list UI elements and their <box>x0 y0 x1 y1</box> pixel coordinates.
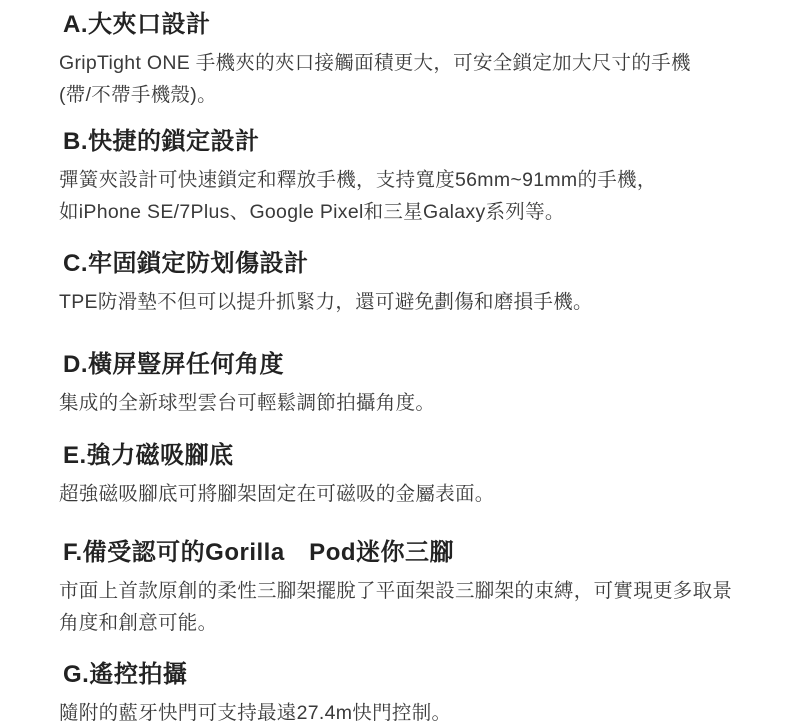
feature-section-f: F.備受認可的Gorilla Pod迷你三腳 市面上首款原創的柔性三腳架擺脫了平… <box>59 539 756 639</box>
feature-body-line: 市面上首款原創的柔性三腳架擺脫了平面架設三腳架的束縛，可實現更多取景 <box>59 580 732 602</box>
feature-body: TPE防滑墊不但可以提升抓緊力，還可避免劃傷和磨損手機。 <box>59 286 749 318</box>
feature-section-e: E.強力磁吸腳底 超強磁吸腳底可將腳架固定在可磁吸的金屬表面。 <box>59 442 756 510</box>
feature-heading: B.快捷的鎖定設計 <box>63 128 756 156</box>
feature-body: 市面上首款原創的柔性三腳架擺脫了平面架設三腳架的束縛，可實現更多取景角度和創意可… <box>59 575 749 639</box>
feature-body-line: 超強磁吸腳底可將腳架固定在可磁吸的金屬表面。 <box>59 483 495 505</box>
feature-body-line: (帶/不帶手機殼)。 <box>59 84 217 106</box>
feature-section-a: A.大夾口設計 GripTight ONE 手機夾的夾口接觸面積更大，可安全鎖定… <box>59 11 756 111</box>
feature-body-line: 集成的全新球型雲台可輕鬆調節拍攝角度。 <box>59 392 435 414</box>
feature-section-d: D.橫屏豎屏任何角度 集成的全新球型雲台可輕鬆調節拍攝角度。 <box>59 351 756 419</box>
feature-section-g: G.遙控拍攝 隨附的藍牙快門可支持最遠27.4m快門控制。 <box>59 661 756 723</box>
feature-heading: G.遙控拍攝 <box>63 661 756 689</box>
feature-body: 彈簧夾設計可快速鎖定和釋放手機，支持寬度56mm~91mm的手機，如iPhone… <box>59 164 749 228</box>
product-feature-page: A.大夾口設計 GripTight ONE 手機夾的夾口接觸面積更大，可安全鎖定… <box>0 0 796 723</box>
feature-heading: D.橫屏豎屏任何角度 <box>63 351 756 379</box>
feature-heading: F.備受認可的Gorilla Pod迷你三腳 <box>63 539 756 567</box>
feature-body-line: TPE防滑墊不但可以提升抓緊力，還可避免劃傷和磨損手機。 <box>59 291 593 313</box>
feature-body: 隨附的藍牙快門可支持最遠27.4m快門控制。 <box>59 697 749 723</box>
feature-heading: A.大夾口設計 <box>63 11 756 39</box>
feature-body-line: GripTight ONE 手機夾的夾口接觸面積更大，可安全鎖定加大尺寸的手機 <box>59 52 691 74</box>
feature-heading: C.牢固鎖定防划傷設計 <box>63 250 756 278</box>
feature-body-line: 隨附的藍牙快門可支持最遠27.4m快門控制。 <box>59 702 451 723</box>
feature-section-c: C.牢固鎖定防划傷設計 TPE防滑墊不但可以提升抓緊力，還可避免劃傷和磨損手機。 <box>59 250 756 318</box>
feature-body-line: 彈簧夾設計可快速鎖定和釋放手機，支持寬度56mm~91mm的手機， <box>59 169 657 191</box>
feature-body: GripTight ONE 手機夾的夾口接觸面積更大，可安全鎖定加大尺寸的手機(… <box>59 47 749 111</box>
feature-heading: E.強力磁吸腳底 <box>63 442 756 470</box>
feature-body-line: 如iPhone SE/7Plus、Google Pixel和三星Galaxy系列… <box>59 201 565 223</box>
feature-section-b: B.快捷的鎖定設計 彈簧夾設計可快速鎖定和釋放手機，支持寬度56mm~91mm的… <box>59 128 756 228</box>
feature-body: 集成的全新球型雲台可輕鬆調節拍攝角度。 <box>59 387 749 419</box>
feature-body-line: 角度和創意可能。 <box>59 612 217 634</box>
feature-body: 超強磁吸腳底可將腳架固定在可磁吸的金屬表面。 <box>59 478 749 510</box>
